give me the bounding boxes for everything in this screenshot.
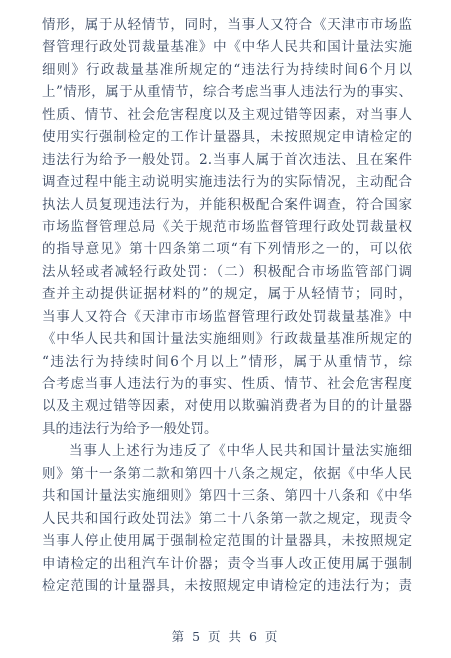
text-line: 申请检定的出租汽车计价器；责令当事人改正使用属于强制 xyxy=(42,553,412,575)
text-line: 上”情形，属于从重情节，综合考虑当事人违法行为的事实、 xyxy=(42,81,412,103)
text-line: 检定范围的计量器具，未按照规定申请检定的违法行为；责 xyxy=(42,575,412,597)
text-line: 合考虑当事人违法行为的事实、性质、情节、社会危害程度 xyxy=(42,373,412,395)
text-line: 则》第十一条第二款和第四十八条之规定，依据《中华人民 xyxy=(42,463,412,485)
text-line: 使用实行强制检定的工作计量器具，未按照规定申请检定的 xyxy=(42,126,412,148)
text-line: 的指导意见》第十四条第二项“有下列情形之一的，可以依 xyxy=(42,238,412,260)
text-line: 以及主观过错等因素，对使用以欺骗消费者为目的的计量器 xyxy=(42,395,412,417)
text-line: 《中华人民共和国计量法实施细则》行政裁量基准所规定的 xyxy=(42,328,412,350)
text-line: 查并主动提供证据材料的”的规定，属于从轻情节；同时， xyxy=(42,283,412,305)
text-line: 情形，属于从轻情节，同时，当事人又符合《天津市市场监 xyxy=(42,14,412,36)
text-line: 共和国计量法实施细则》第四十三条、第四十八条和《中华 xyxy=(42,485,412,507)
text-line: 市场监督管理总局《关于规范市场监督管理行政处罚裁量权 xyxy=(42,216,412,238)
text-line: 当事人停止使用属于强制检定范围的计量器具，未按照规定 xyxy=(42,530,412,552)
text-line: 当事人上述行为违反了《中华人民共和国计量法实施细 xyxy=(42,440,412,462)
page-number: 第 5 页 共 6 页 xyxy=(0,629,451,645)
document-body: 情形，属于从轻情节，同时，当事人又符合《天津市市场监督管理行政处罚裁量基准》中《… xyxy=(42,14,412,597)
document-page: 情形，属于从轻情节，同时，当事人又符合《天津市市场监督管理行政处罚裁量基准》中《… xyxy=(0,0,451,658)
text-line: 督管理行政处罚裁量基准》中《中华人民共和国计量法实施 xyxy=(42,36,412,58)
text-line: 人民共和国行政处罚法》第二十八条第一款之规定，现责令 xyxy=(42,508,412,530)
text-line: 当事人又符合《天津市市场监督管理行政处罚裁量基准》中 xyxy=(42,306,412,328)
text-line: 法从轻或者减轻行政处罚：（二）积极配合市场监管部门调 xyxy=(42,261,412,283)
text-line: 性质、情节、社会危害程度以及主观过错等因素，对当事人 xyxy=(42,104,412,126)
text-line: 具的违法行为给予一般处罚。 xyxy=(42,418,412,440)
text-line: 调查过程中能主动说明实施违法行为的实际情况，主动配合 xyxy=(42,171,412,193)
text-line: “违法行为持续时间6个月以上”情形，属于从重情节，综 xyxy=(42,351,412,373)
text-line: 执法人员复现违法行为，并能积极配合案件调查，符合国家 xyxy=(42,194,412,216)
text-line: 细则》行政裁量基准所规定的“违法行为持续时间6个月以 xyxy=(42,59,412,81)
text-line: 违法行为给予一般处罚。2.当事人属于首次违法、且在案件 xyxy=(42,149,412,171)
